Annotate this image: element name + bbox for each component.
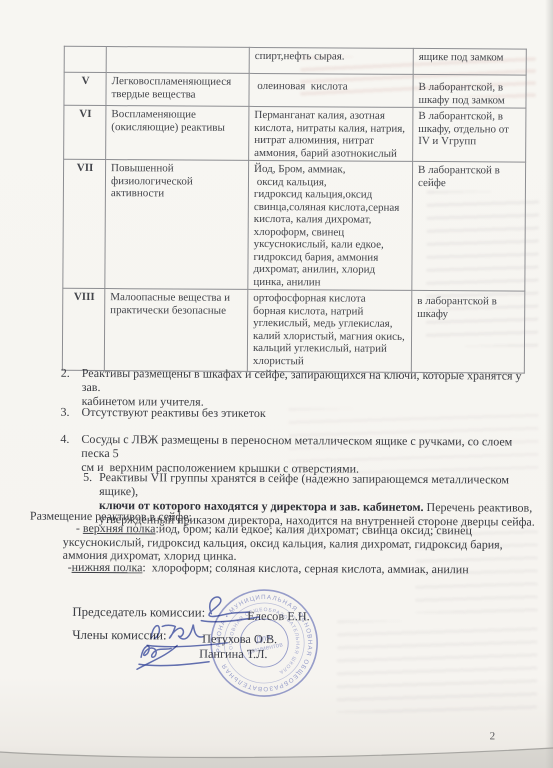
cell-group-number: V — [64, 72, 106, 105]
table-row: VII Повышенной физиологической активност… — [63, 159, 526, 291]
bottom-shelf-label: нижняя полка — [72, 560, 143, 574]
bottom-shelf-line: -нижняя полка: хлороформ; соляная кислот… — [68, 561, 528, 577]
cell-category — [106, 47, 249, 74]
cell-category: Легковоспламеняющиеся твердые вещества — [106, 73, 249, 107]
scanned-document-page: { "document": { "table": { "rows": [ { "… — [0, 0, 553, 768]
stamp-center-text-2: документов — [247, 641, 284, 655]
cell-storage: в лаборантской в шкафу — [411, 290, 524, 373]
cell-substances: спирт,нефть сырая. — [249, 47, 413, 74]
scan-edge-shadow — [545, 0, 553, 768]
list-item-text: Отсутствуют реактивы без этикеток — [82, 405, 266, 420]
cell-group-number: VI — [64, 105, 106, 159]
list-item-number: 3. — [61, 405, 82, 419]
cell-substances: Перманганат калия, азотная кислота, нитр… — [249, 106, 413, 161]
page-number: 2 — [490, 730, 496, 742]
cell-substances: ортофосфорная кислота борная кислота, на… — [247, 289, 411, 372]
reagents-table: спирт,нефть сырая. ящике под замком V Ле… — [62, 46, 527, 374]
cell-storage: В лаборантской, в шкафу под замком — [413, 74, 526, 108]
top-shelf-line: - верхняя полка:йод, бром; кали едкое; к… — [63, 522, 521, 565]
scan-bottom-edge — [0, 744, 553, 768]
cell-group-number: VIII — [62, 288, 105, 370]
list-item-2: 2. Реактивы размещены в шкафах и сейфе, … — [61, 366, 541, 411]
stamp-center-text: Для — [255, 632, 272, 645]
cell-category: Малоопасные вещества и практически безоп… — [104, 289, 247, 372]
table-row: V Легковоспламеняющиеся твердые вещества… — [64, 72, 526, 108]
list-item-text: Реактивы размещены в шкафах и сейфе, зап… — [82, 366, 541, 411]
table-row: VI Воспламеняющие (окисляющие) реактивы … — [64, 105, 526, 162]
cell-substances: олеиновая кислота — [249, 73, 413, 107]
cell-category: Повышенной физиологической активности — [105, 160, 249, 290]
cell-storage: В лаборантской в сейфе — [412, 161, 526, 291]
list-item-3: 3. Отсутствуют реактивы без этикеток — [61, 405, 541, 422]
cell-substances: Йод, Бром, аммиак, оксид кальция, гидрок… — [248, 160, 413, 290]
cell-category: Воспламеняющие (окисляющие) реактивы — [106, 106, 249, 161]
cell-storage: В лаборантской, в шкафу, отдельно от IV … — [413, 107, 526, 162]
page-content: спирт,нефть сырая. ящике под замком V Ле… — [0, 0, 553, 768]
official-stamp: РАЙОНА • МУНИЦИПАЛЬНАЯ ОСНОВНАЯ ОБЩЕОБРА… — [198, 577, 330, 709]
bottom-shelf-items: : хлороформ; соляная кислота, серная кис… — [142, 560, 468, 576]
bleedthrough-artifact — [337, 620, 538, 713]
cell-group-number: VII — [63, 159, 106, 288]
list-item-number: 4. — [60, 432, 81, 474]
table-row: спирт,нефть сырая. ящике под замком — [64, 46, 526, 75]
top-shelf-label: верхняя полка — [83, 521, 156, 535]
item5-text-start: Реактивы VII группы хранятся в сейфе (на… — [99, 470, 512, 498]
table-row: VIII Малоопасные вещества и практически … — [62, 288, 524, 373]
cell-storage: ящике под замком — [413, 48, 526, 75]
cell-group-number — [64, 46, 106, 72]
list-item-number: 2. — [61, 366, 82, 408]
